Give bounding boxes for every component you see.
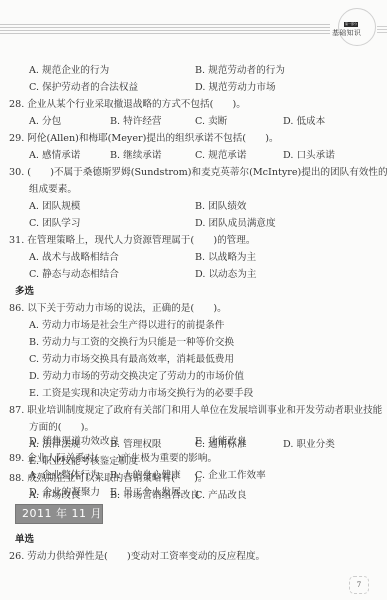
answer-option: C. 企业工作效率: [195, 467, 266, 481]
answer-option: A. 战术与战略相结合: [29, 249, 119, 263]
header-rule: [0, 24, 330, 34]
question-line: 方面的( )。: [29, 419, 94, 433]
answer-option: D. 口头承诺: [283, 147, 335, 161]
section-badge-circle: [338, 8, 376, 46]
question-line: B. 劳动力与工资的交换行为只能是一种等价交换: [29, 334, 234, 348]
answer-option: C. 产品改良: [195, 487, 246, 501]
answer-option: D. 低成本: [283, 113, 325, 127]
answer-option: B. 团队绩效: [195, 198, 247, 212]
question-stem: 86. 以下关于劳动力市场的说法，正确的是( )。: [9, 300, 227, 314]
question-26: 26. 劳动力供给弹性是( )变动对工资率变动的反应程度。: [9, 548, 265, 562]
question-stem: 29. 阿伦(Allen)和梅耶(Meyer)提出的组织承诺不包括( )。: [9, 130, 279, 144]
answer-option: C. 保护劳动者的合法权益: [29, 79, 138, 93]
question-line: C. 劳动力市场交换具有最高效率，消耗最低费用: [29, 351, 234, 365]
answer-option: A. 分包: [29, 113, 61, 127]
answer-option: B. 人的身心健康: [110, 467, 181, 481]
answer-option: C. 静态与动态相结合: [29, 266, 119, 280]
answer-option: E. 员工个人发展: [110, 484, 181, 498]
answer-option: D. 企业的凝聚力: [29, 484, 100, 498]
answer-option: D. 职业分类: [283, 436, 335, 450]
answer-option: D. 以动态为主: [195, 266, 256, 280]
question-line: 组成要素。: [29, 181, 77, 195]
answer-option: A. 企业整体行为: [29, 467, 100, 481]
question-stem: 28. 企业从某个行业采取撤退战略的方式不包括( )。: [9, 96, 246, 110]
answer-option: B. 以战略为主: [195, 249, 256, 263]
answer-option: B. 继续承诺: [110, 147, 162, 161]
answer-option: B. 规范劳动者的行为: [195, 62, 285, 76]
answer-option: C. 卖断: [195, 113, 227, 127]
answer-option: D. 规范劳动力市场: [195, 79, 276, 93]
header-rule-right: [377, 26, 387, 35]
page-number: 7: [349, 576, 369, 594]
question-line: E. 工资是实现和决定劳动力市场交换行为的必要手段: [29, 385, 253, 399]
section-label: 多选: [15, 283, 34, 297]
section-title: 基础知识: [332, 28, 361, 38]
answer-option: A. 感情承诺: [29, 147, 80, 161]
answer-option: A. 团队规模: [29, 198, 80, 212]
answer-option: E. 功能改良: [195, 433, 246, 447]
answer-option: D. 团队成员满意度: [195, 215, 276, 229]
question-stem: 87. 职业培训制度规定了政府有关部门和用人单位在发展培训事业和开发劳动者职业技…: [9, 402, 382, 416]
question-stem: 30. ( )不属于桑德斯罗姆(Sundstrom)和麦克英蒂尔(McIntyr…: [9, 164, 387, 178]
single-choice-label: 单选: [15, 531, 34, 545]
question-line: A. 劳动力市场是社会生产得以进行的前提条件: [29, 317, 224, 331]
question-stem: 89. 企业人际关系对( )产生极为重要的影响。: [9, 450, 217, 464]
answer-option: C. 规范承诺: [195, 147, 246, 161]
question-line: D. 劳动力市场的劳动交换决定了劳动力的市场价值: [29, 368, 244, 382]
year-heading: 2011 年 11 月: [15, 504, 103, 524]
part-tag: 第一部分: [344, 22, 358, 27]
answer-option: A. 规范企业的行为: [29, 62, 109, 76]
answer-option: D. 销售渠道功效改良: [29, 433, 119, 447]
answer-option: B. 特许经营: [110, 113, 162, 127]
answer-option: C. 团队学习: [29, 215, 80, 229]
question-stem: 31. 在管理策略上，现代人力资源管理属于( )的管理。: [9, 232, 255, 246]
